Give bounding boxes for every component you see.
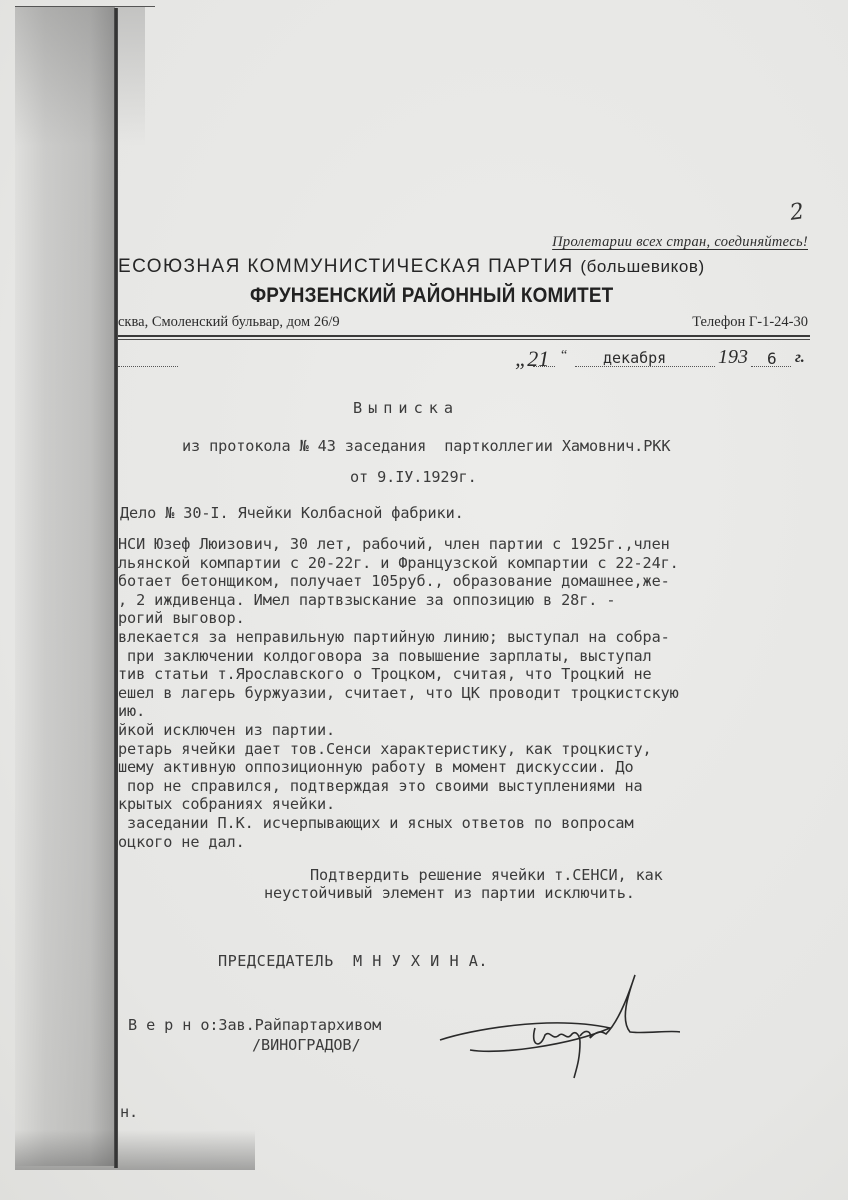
- body-line: йкой исключен из партии.: [118, 721, 335, 739]
- date-quote-close: “: [561, 348, 567, 364]
- body-line: заседании П.К. исчерпывающих и ясных отв…: [118, 814, 634, 832]
- body-line: рогий выговор.: [118, 609, 245, 627]
- certifier-name: /ВИНОГРАДОВ/: [252, 1036, 361, 1054]
- dotted-blank: [533, 366, 555, 367]
- body-line: пор не справился, подтверждая это своими…: [118, 777, 643, 795]
- resolution-line-2: неустойчивый элемент из партии исключить…: [264, 884, 635, 902]
- letterhead-phone: Телефон Г-1-24-30: [692, 314, 808, 331]
- letterhead-party-name: ЕСОЮЗНАЯ КОММУНИСТИЧЕСКАЯ ПАРТИЯ (больше…: [118, 256, 810, 278]
- resolution-line-1: Подтвердить решение ячейки т.СЕНСИ, как: [310, 866, 663, 884]
- date-year-prefix: 193: [718, 346, 748, 369]
- date-year-suffix: г.: [795, 349, 805, 367]
- page-edge: [15, 6, 155, 7]
- photocopy-shadow-strip: [15, 6, 115, 1166]
- body-line: влекается за неправильную партийную лини…: [118, 628, 670, 646]
- body-line: шему активную оппозиционную работу в мом…: [118, 758, 634, 776]
- document-date: „21 “ декабря 193 6 г.: [515, 346, 810, 376]
- party-name-suffix: (большевиков): [580, 257, 704, 276]
- document-page: 2 Пролетарии всех стран, соединяйтесь! Е…: [0, 0, 848, 1200]
- body-line: тив статьи т.Ярославского о Троцком, счи…: [118, 665, 652, 683]
- body-line: крытых собраниях ячейки.: [118, 795, 335, 813]
- case-heading: Дело № 30-I. Ячейки Колбасной фабрики.: [120, 504, 464, 522]
- letterhead-slogan: Пролетарии всех стран, соединяйтесь!: [552, 234, 808, 251]
- letterhead-rule: [118, 335, 810, 337]
- body-line: ботает бетонщиком, получает 105руб., обр…: [118, 572, 670, 590]
- chairman-line: ПРЕДСЕДАТЕЛЬ М Н У Х И Н А.: [218, 952, 488, 970]
- date-month: декабря: [603, 349, 666, 367]
- letterhead-committee: ФРУНЗЕНСКИЙ РАЙОННЫЙ КОМИТЕТ: [250, 284, 613, 308]
- body-line: ешел в лагерь буржуазии, считает, что ЦК…: [118, 684, 679, 702]
- letterhead-rule-thin: [118, 339, 810, 340]
- letterhead-address: сква, Смоленский бульвар, дом 26/9: [118, 314, 340, 331]
- body-line: при заключении колдоговора за повышение …: [118, 647, 652, 665]
- certification-line: В е р н о:Зав.Райпартархивом: [128, 1016, 381, 1034]
- photocopy-shadow-bottom: [15, 1130, 255, 1170]
- date-day: „21: [515, 346, 549, 372]
- protocol-reference: из протокола № 43 заседания партколлегии…: [182, 437, 670, 455]
- body-line: льянской компартии с 20-22г. и Французск…: [118, 554, 679, 572]
- photocopy-shadow-top: [15, 6, 145, 146]
- body-line: , 2 иждивенца. Имел партвзыскание за опп…: [118, 591, 615, 609]
- date-year-digit: 6: [767, 349, 777, 368]
- reference-number-blank: [118, 366, 178, 367]
- protocol-date: от 9.IУ.1929г.: [350, 468, 477, 486]
- body-line: оцкого не дал.: [118, 833, 245, 851]
- folio-number: 2: [788, 199, 805, 226]
- body-line: НСИ Юзеф Люизович, 30 лет, рабочий, член…: [118, 535, 670, 553]
- document-title: Выписка: [353, 399, 459, 417]
- stray-mark: н.: [120, 1103, 138, 1121]
- body-line: ретарь ячейки дает тов.Сенси характерист…: [118, 740, 652, 758]
- handwritten-signature: [430, 970, 680, 1080]
- party-name-text: ЕСОЮЗНАЯ КОММУНИСТИЧЕСКАЯ ПАРТИЯ: [118, 256, 574, 277]
- body-line: ию.: [118, 702, 145, 720]
